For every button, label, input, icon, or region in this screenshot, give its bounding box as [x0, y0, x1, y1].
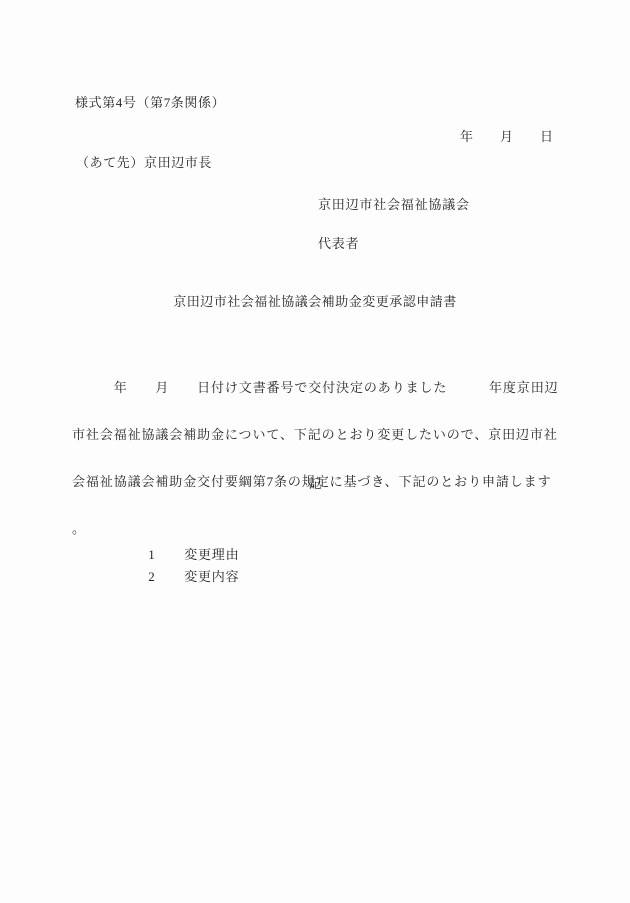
- item-label: 変更内容: [184, 569, 239, 584]
- representative-label: 代表者: [318, 237, 359, 250]
- document-title: 京田辺市社会福祉協議会補助金変更承認申請書: [0, 295, 630, 308]
- document-page: 様式第4号（第7条関係） 年月日 （あて先）京田辺市長 京田辺市社会福祉協議会 …: [0, 0, 630, 903]
- date-year-label: 年: [460, 129, 473, 144]
- record-marker: 記: [0, 477, 630, 490]
- date-line: 年月日: [447, 117, 553, 156]
- item-number: 2: [148, 570, 184, 583]
- date-day-label: 日: [540, 129, 553, 144]
- addressee: （あて先）京田辺市長: [76, 156, 212, 169]
- form-number: 様式第4号（第7条関係）: [75, 96, 225, 109]
- body-line: 年 月 日付け文書番号で交付決定のありました 年度京田辺: [72, 377, 567, 398]
- date-month-label: 月: [500, 129, 513, 144]
- body-paragraph: 年 月 日付け文書番号で交付決定のありました 年度京田辺 市社会福祉協議会補助金…: [72, 351, 567, 565]
- list-item-change-content: 2変更内容: [132, 557, 239, 596]
- organization-name: 京田辺市社会福祉協議会: [318, 198, 470, 211]
- body-line: 市社会福祉協議会補助金について、下記のとおり変更したいので、京田辺市社: [72, 424, 567, 445]
